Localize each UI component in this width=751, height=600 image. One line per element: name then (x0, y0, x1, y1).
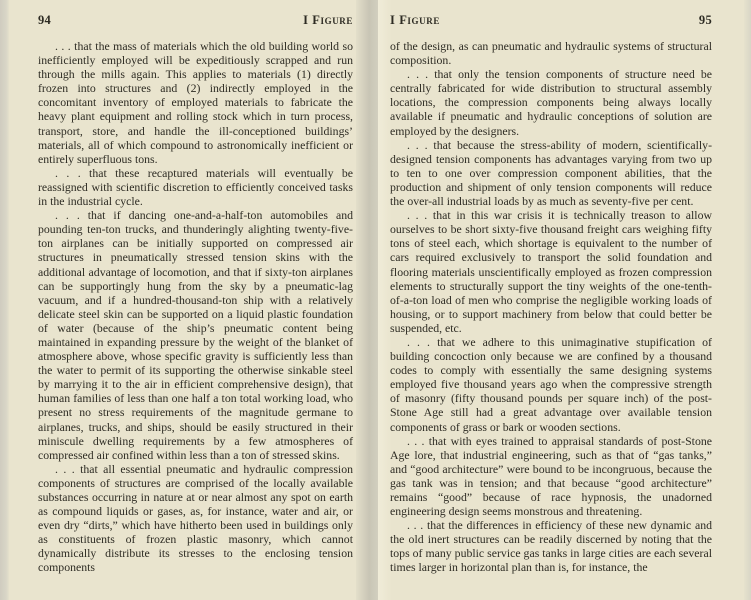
paragraph: . . . that these recaptured materials wi… (38, 166, 353, 208)
page-94: 94 I Figure . . . that the mass of mater… (38, 0, 353, 600)
paragraph: . . . that because the stress-ability of… (390, 138, 712, 208)
page-95: I Figure 95 of the design, as can pneuma… (390, 0, 712, 600)
paragraph: . . . that if dancing one-and-a-half-ton… (38, 208, 353, 462)
page-95-header: I Figure 95 (390, 13, 712, 28)
running-header-right: I Figure (390, 13, 440, 28)
paragraph: . . . that all essential pneumatic and h… (38, 462, 353, 575)
paragraph: . . . that we adhere to this unimaginati… (390, 335, 712, 434)
paragraph: . . . that only the tension components o… (390, 67, 712, 137)
paragraph: . . . that in this war crisis it is tech… (390, 208, 712, 335)
paragraph: . . . that the mass of materials which t… (38, 39, 353, 166)
page-number-right: 95 (699, 13, 712, 28)
book-gutter-shadow (356, 0, 378, 600)
paragraph: . . . that the differences in efficiency… (390, 518, 712, 574)
paragraph: of the design, as can pneumatic and hydr… (390, 39, 712, 67)
page-95-text: of the design, as can pneumatic and hydr… (390, 39, 712, 575)
scan-right-edge (744, 0, 751, 600)
running-header-left: I Figure (303, 13, 353, 28)
page-94-text: . . . that the mass of materials which t… (38, 39, 353, 575)
paragraph: . . . that with eyes trained to appraisa… (390, 434, 712, 519)
page-number-left: 94 (38, 13, 51, 28)
page-94-header: 94 I Figure (38, 13, 353, 28)
book-spread: 94 I Figure . . . that the mass of mater… (0, 0, 751, 600)
scan-left-edge (0, 0, 9, 600)
